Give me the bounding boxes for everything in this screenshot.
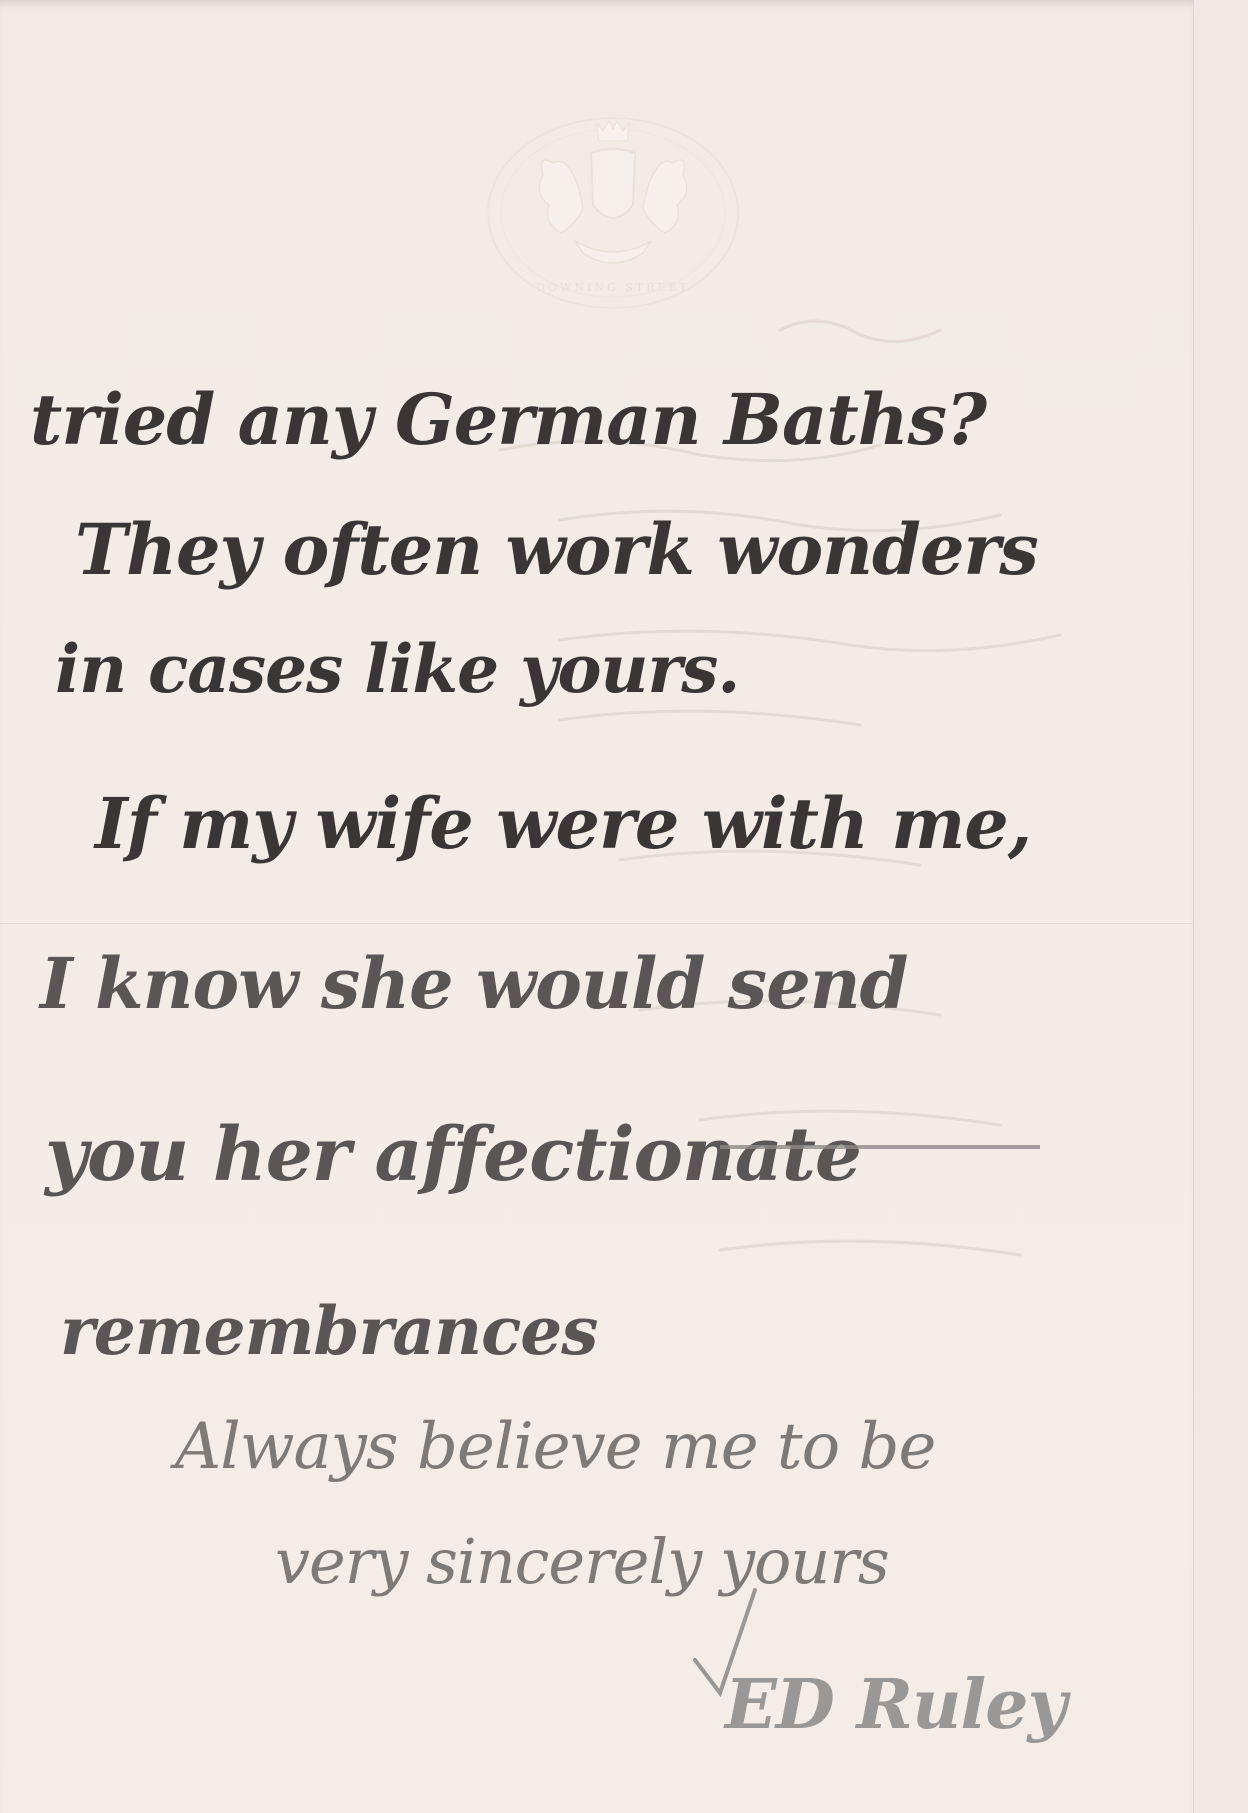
letter-line-2: They often work wonders — [75, 508, 1038, 591]
fold-crease — [0, 922, 1193, 924]
adjacent-page-edge — [1193, 0, 1248, 1813]
letter-line-4: If my wife were with me, — [95, 782, 1031, 865]
strikethrough-mark — [720, 1145, 1040, 1149]
letter-line-5: I know she would send — [40, 942, 908, 1025]
svg-text:DOWNING STREET: DOWNING STREET — [536, 281, 690, 294]
embossed-crest-icon: DOWNING STREET — [483, 113, 743, 313]
letter-line-7: remembrances — [60, 1292, 597, 1370]
closing-line-1: Always believe me to be — [175, 1410, 935, 1484]
signature: ED Ruley — [725, 1665, 1066, 1745]
letter-line-3: in cases like yours. — [55, 630, 739, 708]
letter-line-1: tried any German Baths? — [30, 378, 986, 461]
letter-line-6: you her affectionate — [45, 1112, 861, 1198]
